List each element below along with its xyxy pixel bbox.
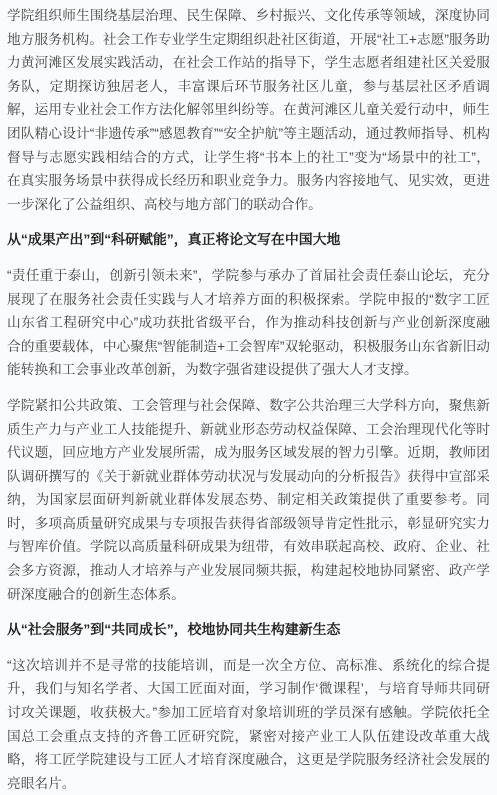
article-paragraph-research-platform: “责任重于泰山，创新引领未来”，学院参与承办了首届社会责任泰山论坛，充分展现了在… (7, 264, 490, 382)
article-paragraph-craftsman-training: “这次培训并不是寻常的技能培训，而是一次全方位、高标准、系统化的综合提升，我们与… (7, 654, 490, 795)
section-heading-mutual-growth: 从“社会服务”到“共同成长”，校地协同共生构建新生态 (7, 618, 490, 642)
article-page: { "page": { "background_color": "#fafbfc… (0, 0, 497, 795)
article-body: 学院组织师生围绕基层治理、民生保障、乡村振兴、文化传承等领域，深度协同地方服务机… (0, 0, 497, 795)
article-paragraph-community-service: 学院组织师生围绕基层治理、民生保障、乡村振兴、文化传承等领域，深度协同地方服务机… (7, 4, 490, 216)
section-heading-research-empowerment: 从“成果产出”到“科研赋能”，真正将论文写在中国大地 (7, 228, 490, 252)
article-paragraph-think-tank: 学院紧扣公共政策、工会管理与社会保障、数字公共治理三大学科方向，聚焦新质生产力与… (7, 394, 490, 606)
